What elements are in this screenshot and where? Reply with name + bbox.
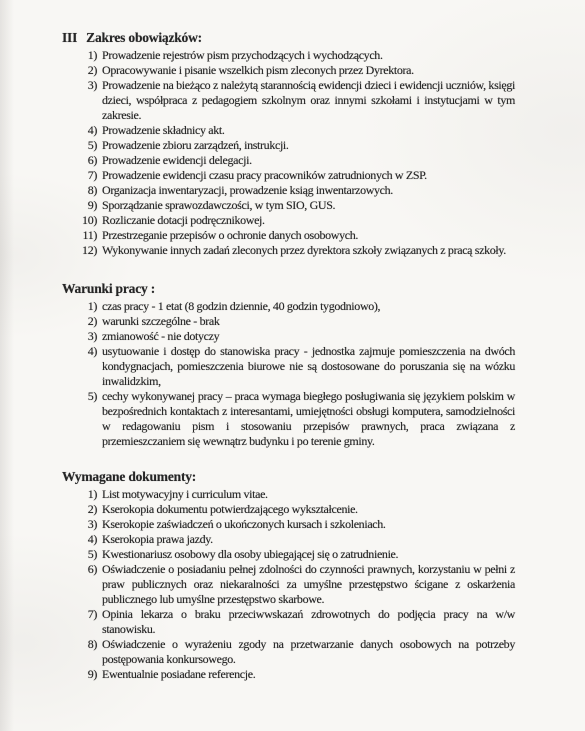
- item-number: 3): [72, 329, 97, 344]
- item-number: 7): [72, 168, 97, 183]
- list-item: 4)usytuowanie i dostęp do stanowiska pra…: [62, 344, 515, 389]
- item-text: Oświadczenie o posiadaniu pełnej zdolnoś…: [102, 562, 515, 606]
- item-text: Ewentualnie posiadane referencje.: [102, 667, 255, 681]
- list-item: 9)Sporządzanie sprawozdawczości, w tym S…: [62, 198, 515, 213]
- item-text: List motywacyjny i curriculum vitae.: [102, 487, 268, 501]
- item-text: Kserokopia dokumentu potwierdzającego wy…: [102, 502, 358, 516]
- item-text: Wykonywanie innych zadań zleconych przez…: [102, 243, 506, 257]
- section-heading: Warunki pracy :: [62, 281, 515, 297]
- item-number: 6): [72, 562, 97, 577]
- duties-list: 1)Prowadzenie rejestrów pism przychodząc…: [62, 48, 515, 258]
- item-number: 5): [72, 547, 97, 562]
- list-item: 7)Opinia lekarza o braku przeciwwskazań …: [62, 607, 515, 637]
- list-item: 5)Prowadzenie zbioru zarządzeń, instrukc…: [62, 138, 515, 153]
- item-number: 8): [72, 637, 97, 652]
- list-item: 3)Kserokopie zaświadczeń o ukończonych k…: [62, 517, 515, 532]
- item-number: 4): [72, 532, 97, 547]
- item-number: 9): [72, 667, 97, 682]
- section-title: Zakres obowiązków:: [86, 30, 202, 45]
- item-number: 10): [72, 213, 97, 228]
- list-item: 4)Prowadzenie składnicy akt.: [62, 123, 515, 138]
- item-number: 7): [72, 607, 97, 622]
- item-text: Oświadczenie o wyrażeniu zgody na przetw…: [102, 637, 515, 666]
- item-number: 2): [72, 314, 97, 329]
- item-text: Opracowywanie i pisanie wszelkich pism z…: [102, 63, 414, 77]
- list-item: 12)Wykonywanie innych zadań zleconych pr…: [62, 243, 515, 258]
- list-item: 3)Prowadzenie na bieżąco z należytą star…: [62, 78, 515, 123]
- work-conditions-list: 1)czas pracy - 1 etat (8 godzin dziennie…: [62, 299, 515, 449]
- section-zakres-obowiazkow: IIIZakres obowiązków: 1)Prowadzenie reje…: [62, 30, 515, 258]
- item-text: Prowadzenie składnicy akt.: [102, 123, 225, 137]
- item-text: Sporządzanie sprawozdawczości, w tym SIO…: [102, 198, 335, 212]
- list-item: 4)Kserokopia prawa jazdy.: [62, 532, 515, 547]
- list-item: 2)Kserokopia dokumentu potwierdzającego …: [62, 502, 515, 517]
- item-text: Kserokopie zaświadczeń o ukończonych kur…: [102, 517, 386, 531]
- list-item: 1)Prowadzenie rejestrów pism przychodząc…: [62, 48, 515, 63]
- section-title: Warunki pracy :: [62, 281, 155, 296]
- list-item: 1)czas pracy - 1 etat (8 godzin dziennie…: [62, 299, 515, 314]
- list-item: 3)zmianowość - nie dotyczy: [62, 329, 515, 344]
- list-item: 1)List motywacyjny i curriculum vitae.: [62, 487, 515, 502]
- item-text: czas pracy - 1 etat (8 godzin dziennie, …: [102, 299, 380, 313]
- list-item: 7)Prowadzenie ewidencji czasu pracy prac…: [62, 168, 515, 183]
- list-item: 2)warunki szczególne - brak: [62, 314, 515, 329]
- section-warunki-pracy: Warunki pracy : 1)czas pracy - 1 etat (8…: [62, 281, 515, 449]
- item-number: 11): [72, 228, 97, 243]
- list-item: 8)Organizacja inwentaryzacji, prowadzeni…: [62, 183, 515, 198]
- item-text: zmianowość - nie dotyczy: [102, 329, 219, 343]
- item-text: Organizacja inwentaryzacji, prowadzenie …: [102, 183, 393, 197]
- item-text: Prowadzenie na bieżąco z należytą staran…: [102, 78, 515, 122]
- item-number: 2): [72, 63, 97, 78]
- item-number: 4): [72, 123, 97, 138]
- section-heading: Wymagane dokumenty:: [62, 469, 515, 485]
- section-heading: IIIZakres obowiązków:: [62, 30, 515, 46]
- item-number: 5): [72, 389, 97, 404]
- item-number: 5): [72, 138, 97, 153]
- item-text: Kserokopia prawa jazdy.: [102, 532, 213, 546]
- list-item: 6)Prowadzenie ewidencji delegacji.: [62, 153, 515, 168]
- list-item: 8)Oświadczenie o wyrażeniu zgody na prze…: [62, 637, 515, 667]
- item-number: 6): [72, 153, 97, 168]
- section-wymagane-dokumenty: Wymagane dokumenty: 1)List motywacyjny i…: [62, 469, 515, 682]
- item-number: 3): [72, 517, 97, 532]
- item-text: Prowadzenie zbioru zarządzeń, instrukcji…: [102, 138, 289, 152]
- required-documents-list: 1)List motywacyjny i curriculum vitae. 2…: [62, 487, 515, 682]
- section-numeral: III: [62, 30, 77, 45]
- list-item: 5)Kwestionariusz osobowy dla osoby ubieg…: [62, 547, 515, 562]
- item-number: 8): [72, 183, 97, 198]
- item-text: Kwestionariusz osobowy dla osoby ubiegaj…: [102, 547, 398, 561]
- list-item: 2)Opracowywanie i pisanie wszelkich pism…: [62, 63, 515, 78]
- list-item: 10)Rozliczanie dotacji podręcznikowej.: [62, 213, 515, 228]
- item-text: Przestrzeganie przepisów o ochronie dany…: [102, 228, 358, 242]
- list-item: 6)Oświadczenie o posiadaniu pełnej zdoln…: [62, 562, 515, 607]
- section-title: Wymagane dokumenty:: [62, 469, 196, 484]
- item-number: 12): [72, 243, 97, 258]
- item-number: 1): [72, 48, 97, 63]
- document-page: IIIZakres obowiązków: 1)Prowadzenie reje…: [0, 0, 585, 731]
- item-text: Prowadzenie rejestrów pism przychodzącyc…: [102, 48, 383, 62]
- item-text: Prowadzenie ewidencji delegacji.: [102, 153, 252, 167]
- list-item: 5)cechy wykonywanej pracy – praca wymaga…: [62, 389, 515, 449]
- item-number: 2): [72, 502, 97, 517]
- item-text: Prowadzenie ewidencji czasu pracy pracow…: [102, 168, 427, 182]
- item-number: 3): [72, 78, 97, 93]
- item-text: cechy wykonywanej pracy – praca wymaga b…: [102, 389, 515, 448]
- item-text: Opinia lekarza o braku przeciwwskazań zd…: [102, 607, 515, 636]
- item-number: 1): [72, 299, 97, 314]
- item-number: 1): [72, 487, 97, 502]
- item-text: usytuowanie i dostęp do stanowiska pracy…: [102, 344, 515, 388]
- item-text: warunki szczególne - brak: [102, 314, 220, 328]
- list-item: 11)Przestrzeganie przepisów o ochronie d…: [62, 228, 515, 243]
- item-number: 9): [72, 198, 97, 213]
- item-number: 4): [72, 344, 97, 359]
- item-text: Rozliczanie dotacji podręcznikowej.: [102, 213, 265, 227]
- list-item: 9)Ewentualnie posiadane referencje.: [62, 667, 515, 682]
